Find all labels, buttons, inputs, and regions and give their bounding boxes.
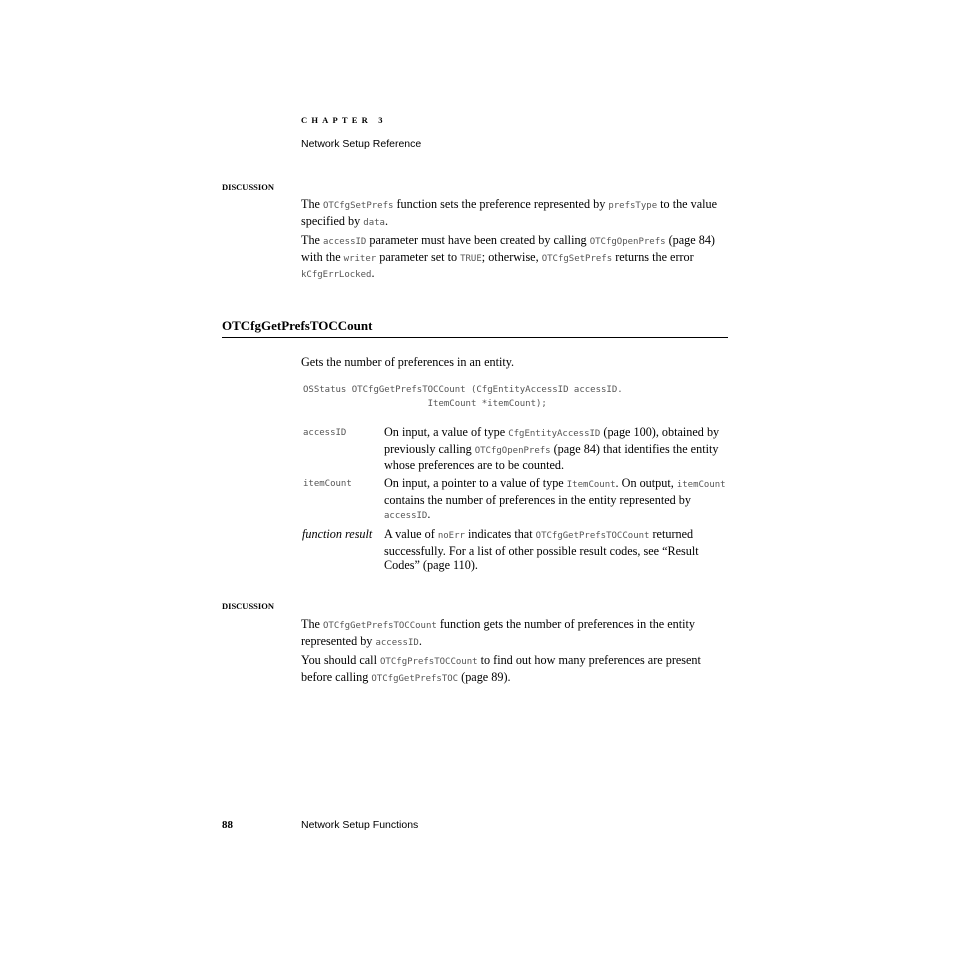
code-term: OTCfgGetPrefsTOC [371, 674, 458, 684]
code-term: writer [344, 254, 377, 264]
param-description: A value of noErr indicates that OTCfgGet… [384, 527, 729, 573]
code-term: ItemCount [567, 480, 616, 490]
function-summary: Gets the number of preferences in an ent… [301, 355, 729, 370]
text-run: On input, a value of type [384, 425, 508, 439]
text-run: . [385, 214, 388, 228]
title-rule [222, 337, 728, 338]
text-run: parameter must have been created by call… [366, 233, 589, 247]
text-run: . [371, 266, 374, 280]
text-run: The [301, 233, 323, 247]
param-description: On input, a pointer to a value of type I… [384, 476, 729, 524]
code-term: noErr [438, 531, 465, 541]
footer-section-title: Network Setup Functions [301, 819, 418, 831]
discussion-paragraph: The OTCfgGetPrefsTOCCount function gets … [301, 617, 729, 650]
discussion-paragraph: The OTCfgSetPrefs function sets the pref… [301, 197, 729, 230]
param-name: accessID [303, 428, 346, 438]
code-term: OTCfgGetPrefsTOCCount [323, 621, 437, 631]
code-term: CfgEntityAccessID [508, 429, 600, 439]
text-run: ; otherwise, [482, 250, 542, 264]
running-title: Network Setup Reference [301, 138, 421, 150]
text-run: The [301, 197, 323, 211]
text-run: . On output, [616, 476, 677, 490]
code-term: OTCfgSetPrefs [323, 201, 393, 211]
param-description: On input, a value of type CfgEntityAcces… [384, 425, 729, 473]
code-term: OTCfgSetPrefs [542, 254, 612, 264]
code-term: data [363, 218, 385, 228]
code-term: accessID [375, 638, 418, 648]
code-term: OTCfgOpenPrefs [590, 237, 666, 247]
code-term: OTCfgOpenPrefs [475, 446, 551, 456]
text-run: returns the error [612, 250, 694, 264]
text-run: (page 89). [458, 670, 510, 684]
text-run: contains the number of preferences in th… [384, 493, 691, 507]
text-run: indicates that [465, 527, 536, 541]
code-term: kCfgErrLocked [301, 270, 371, 280]
code-term: itemCount [677, 480, 726, 490]
code-term: accessID [323, 237, 366, 247]
discussion-paragraph: You should call OTCfgPrefsTOCCount to fi… [301, 653, 729, 686]
text-run: parameter set to [376, 250, 460, 264]
discussion-paragraph: The accessID parameter must have been cr… [301, 233, 729, 283]
page-number: 88 [222, 819, 233, 831]
code-term: prefsType [608, 201, 657, 211]
discussion-heading: DISCUSSION [222, 182, 274, 192]
code-term: OTCfgPrefsTOCCount [380, 657, 478, 667]
text-run: A value of [384, 527, 438, 541]
code-term: OTCfgGetPrefsTOCCount [536, 531, 650, 541]
text-run: function sets the preference represented… [393, 197, 608, 211]
text-run: . [419, 634, 422, 648]
discussion-heading: DISCUSSION [222, 601, 274, 611]
function-declaration: OSStatus OTCfgGetPrefsTOCCount (CfgEntit… [303, 384, 623, 411]
function-title: OTCfgGetPrefsTOCCount [222, 318, 372, 334]
text-run: On input, a pointer to a value of type [384, 476, 567, 490]
text-run: . [427, 507, 430, 521]
param-name: function result [302, 527, 372, 542]
text-run: You should call [301, 653, 380, 667]
code-term: accessID [384, 511, 427, 521]
param-name: itemCount [303, 479, 352, 489]
chapter-label: CHAPTER 3 [301, 115, 387, 125]
code-term: TRUE [460, 254, 482, 264]
text-run: The [301, 617, 323, 631]
